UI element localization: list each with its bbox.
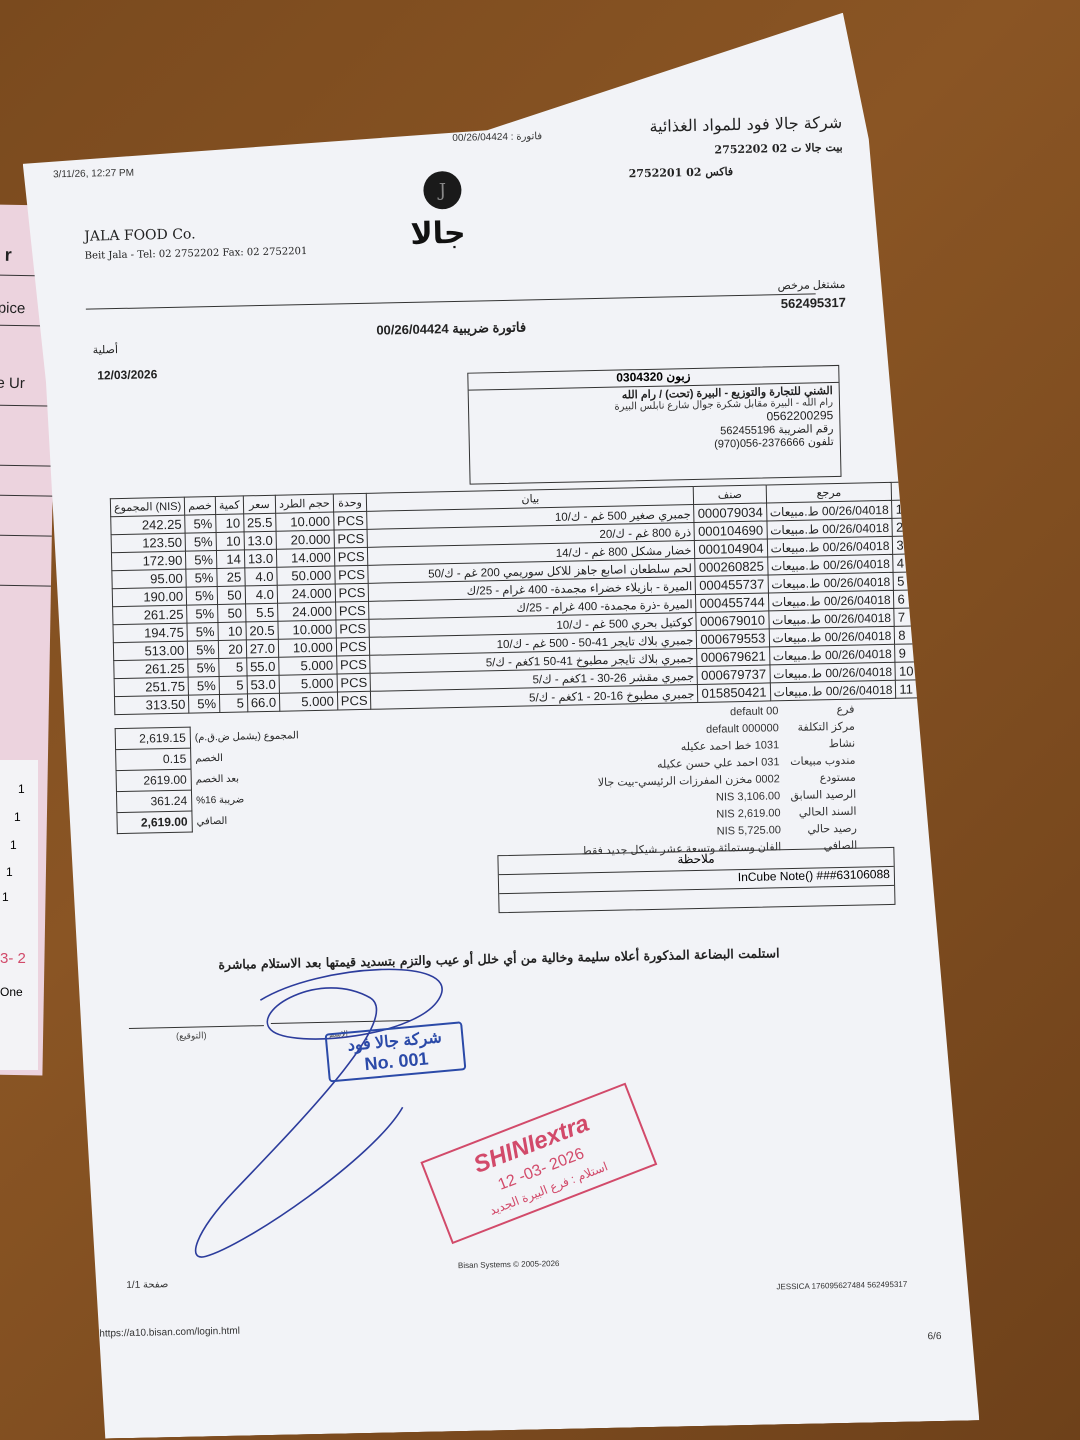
row-price: 20.5 — [246, 621, 279, 640]
row-item-code: 000260825 — [695, 557, 767, 577]
user-info: JESSICA 176095627484 562495317 — [776, 1280, 907, 1292]
invoice-paper: 3/11/26, 12:27 PM فاتورة : 00/26/04424 J… — [20, 11, 979, 1440]
row-item-code: 000455744 — [696, 593, 768, 613]
row-price: 4.0 — [245, 567, 278, 586]
company-contact-ar-1: بيت جالا ت 02 2752202 — [714, 141, 842, 157]
bg-count: 1 — [2, 890, 9, 904]
row-qty: 50 — [217, 604, 245, 623]
row-price: 25.5 — [243, 513, 276, 532]
row-discount: 5% — [188, 676, 219, 695]
row-price: 55.0 — [246, 657, 279, 676]
info-value: 5,725.00 NIS — [717, 824, 781, 837]
row-total: 123.50 — [111, 533, 186, 553]
row-price: 5.5 — [245, 603, 278, 622]
info-label: فرع — [784, 703, 854, 717]
info-label: نشاط — [785, 737, 855, 751]
totals-table: 2,619.15المجموع (يشمل ض.ق.م)0.15الخصم261… — [115, 724, 306, 834]
row-number: 4 — [893, 554, 915, 572]
info-value: 3,106.00 NIS — [716, 790, 780, 803]
row-discount: 5% — [185, 533, 216, 552]
info-label: الرصيد السابق — [786, 788, 856, 802]
row-total: 251.75 — [114, 677, 189, 697]
row-unit: PCS — [335, 565, 369, 584]
bg-count: 1 — [6, 865, 13, 879]
row-discount: 5% — [185, 515, 216, 534]
row-pack: 10.000 — [278, 638, 336, 657]
row-pack: 24.000 — [278, 602, 336, 621]
totals-value: 2,619.00 — [117, 811, 192, 834]
row-total: 190.00 — [112, 587, 187, 607]
bg-count: 1 — [18, 782, 25, 796]
header-divider — [86, 293, 816, 309]
items-table-wrapper: المجموع (NIS) خصم كمية سعر حجم الطرد وحد… — [110, 481, 918, 715]
row-price: 27.0 — [246, 639, 279, 658]
logo: J — [423, 171, 462, 210]
info-value: 2,619.00 NIS — [716, 807, 780, 820]
row-unit: PCS — [336, 637, 370, 656]
row-qty: 5 — [219, 676, 247, 695]
printed-at: 3/11/26, 12:27 PM — [53, 168, 134, 181]
items-table: المجموع (NIS) خصم كمية سعر حجم الطرد وحد… — [110, 481, 918, 715]
row-unit: PCS — [336, 655, 370, 674]
row-pack: 5.000 — [279, 674, 337, 693]
row-unit: PCS — [335, 583, 369, 602]
totals-label: الصافي — [192, 809, 305, 832]
totals-value: 0.15 — [116, 748, 191, 771]
row-total: 261.25 — [114, 659, 189, 679]
phone-label: تلفون — [808, 436, 834, 449]
copyright: Bisan Systems © 2005-2026 — [458, 1259, 560, 1270]
note-box: ملاحظة InCube Note() ###63106088 — [497, 847, 895, 913]
licensed-number: 562495317 — [781, 295, 846, 311]
bg-count: 1 — [14, 810, 21, 824]
row-qty: 50 — [217, 586, 245, 605]
row-qty: 10 — [216, 514, 244, 533]
totals-value: 2619.00 — [116, 769, 191, 792]
bg-footer-fragment: One — [0, 985, 23, 999]
row-pack: 5.000 — [279, 692, 337, 711]
background-document-lower: 1 1 1 1 1 3- 2 One — [0, 760, 38, 1070]
info-label: مندوب مبيعات — [785, 754, 855, 768]
info-value: 1031 خط احمد عكيله — [681, 739, 780, 753]
row-number: 1 — [892, 500, 914, 518]
row-item-code: 000104904 — [695, 539, 767, 559]
row-total: 95.00 — [112, 569, 187, 589]
row-pack: 50.000 — [277, 566, 335, 585]
page-count: 6/6 — [927, 1331, 941, 1342]
totals-value: 361.24 — [116, 790, 191, 813]
row-unit: PCS — [333, 511, 367, 530]
col-pack: حجم الطرد — [275, 494, 333, 513]
row-item-code: 000679737 — [697, 665, 769, 685]
row-unit: PCS — [337, 673, 371, 692]
row-qty: 10 — [216, 532, 244, 551]
bg-count: 1 — [10, 838, 17, 852]
licensed-label: مشتغل مرخص — [777, 278, 845, 292]
info-label: رصيد حالي — [787, 822, 857, 836]
invoice-title: فاتورة ضريبية 00/26/04424 — [376, 319, 526, 338]
row-unit: PCS — [335, 601, 369, 620]
row-qty: 5 — [219, 658, 247, 677]
row-item-code: 000104690 — [694, 521, 766, 541]
info-label: السند الحالي — [786, 805, 856, 819]
invoice-ref-top: فاتورة : 00/26/04424 — [452, 131, 542, 144]
bg-doc-text: pice — [0, 300, 25, 317]
row-unit: PCS — [334, 529, 368, 548]
handwritten-signature — [170, 956, 477, 1282]
totals-value: 2,619.15 — [115, 727, 190, 750]
company-name-en: JALA FOOD Co. — [84, 226, 196, 244]
row-qty: 10 — [218, 622, 246, 641]
row-unit: PCS — [336, 619, 370, 638]
totals-block: 2,619.15المجموع (يشمل ض.ق.م)0.15الخصم261… — [115, 724, 306, 834]
row-total: 313.50 — [114, 695, 189, 715]
row-item-code: 000679553 — [697, 629, 769, 649]
col-price: سعر — [243, 495, 276, 514]
row-item-code: 000079034 — [694, 503, 766, 523]
row-discount: 5% — [187, 622, 218, 641]
totals-label: الخصم — [191, 746, 304, 769]
row-price: 4.0 — [245, 585, 278, 604]
row-pack: 20.000 — [276, 530, 334, 549]
row-number: 3 — [893, 536, 915, 554]
row-number: 2 — [892, 518, 914, 536]
row-qty: 14 — [216, 550, 244, 569]
info-value: default 000000 — [706, 722, 779, 736]
col-discount: خصم — [185, 497, 216, 516]
row-pack: 10.000 — [278, 620, 336, 639]
row-total: 194.75 — [113, 623, 188, 643]
col-item: صنف — [694, 485, 766, 505]
row-item-code: 000679621 — [697, 647, 769, 667]
info-label: مستودع — [786, 771, 856, 785]
row-number: 11 — [896, 680, 918, 698]
row-qty: 25 — [217, 568, 245, 587]
row-pack: 10.000 — [276, 512, 334, 531]
info-value: default 00 — [730, 705, 779, 718]
row-total: 172.90 — [111, 551, 186, 571]
company-contact-en: Beit Jala - Tel: 02 2752202 Fax: 02 2752… — [85, 246, 308, 262]
row-pack: 24.000 — [277, 584, 335, 603]
row-discount: 5% — [187, 604, 218, 623]
logo-mark-icon: J — [423, 171, 462, 210]
row-unit: PCS — [337, 691, 371, 710]
row-discount: 5% — [188, 640, 219, 659]
totals-label: المجموع (يشمل ض.ق.م) — [190, 725, 303, 748]
row-number: 5 — [894, 572, 916, 590]
row-item-code: 000455737 — [696, 575, 768, 595]
row-discount: 5% — [188, 658, 219, 677]
page-url: https://a10.bisan.com/login.html — [99, 1326, 240, 1340]
totals-row: 2,619.00الصافي — [117, 809, 305, 834]
row-price: 53.0 — [247, 675, 280, 694]
row-number: 10 — [895, 662, 917, 680]
row-total: 513.00 — [113, 641, 188, 661]
col-qty: كمية — [215, 496, 243, 515]
row-item-code: 015850421 — [698, 683, 770, 703]
row-price: 66.0 — [247, 693, 280, 712]
row-number: 6 — [894, 590, 916, 608]
col-unit: وحدة — [333, 493, 367, 512]
row-number: 7 — [894, 608, 916, 626]
row-reference: 00/26/04018 ط.مبيعات — [770, 680, 896, 701]
row-qty: 20 — [218, 640, 246, 659]
items-table-body: 242.255%1025.510.000PCSجمبري صغير 500 غم… — [111, 500, 918, 715]
invoice-date: 12/03/2026 — [97, 367, 157, 382]
row-discount: 5% — [186, 568, 217, 587]
bg-doc-text: r — [5, 245, 12, 266]
company-contact-ar-2: فاكس 02 2752201 — [629, 165, 734, 180]
row-discount: 5% — [189, 694, 220, 713]
info-label: مركز التكلفة — [785, 720, 855, 734]
bg-doc-text: e Ur — [0, 375, 25, 392]
row-pack: 14.000 — [276, 548, 334, 567]
row-discount: 5% — [186, 586, 217, 605]
row-number: 8 — [895, 626, 917, 644]
row-discount: 5% — [186, 551, 217, 570]
copy-type: أصلية — [93, 343, 119, 357]
bg-stamp-fragment: 3- 2 — [0, 950, 26, 967]
customer-box: زبون 0304320 الشني للتجارة والتوزيع - ال… — [467, 365, 841, 485]
info-block: فرعdefault 00مركز التكلفةdefault 000000ن… — [534, 703, 857, 863]
row-pack: 5.000 — [279, 656, 337, 675]
company-name-ar: شركة جالا فود للمواد الغذائية — [649, 113, 842, 136]
row-qty: 5 — [219, 694, 247, 713]
row-price: 13.0 — [244, 531, 277, 550]
info-value: 031 احمد علي حسن عكيله — [657, 756, 780, 771]
col-total: المجموع (NIS) — [110, 497, 185, 517]
totals-label: بعد الخصم — [191, 767, 304, 790]
page-indicator: صفحة 1/1 — [126, 1279, 168, 1291]
customer-phone: (970)056-2376666 — [714, 437, 805, 451]
row-price: 13.0 — [244, 549, 277, 568]
row-number: 9 — [895, 644, 917, 662]
info-value: 0002 مخزن المفرزات الرئيسي-بيت جالا — [598, 773, 780, 789]
row-total: 242.25 — [111, 515, 186, 535]
row-item-code: 000679010 — [696, 611, 768, 631]
row-total: 261.25 — [113, 605, 188, 625]
row-unit: PCS — [334, 547, 368, 566]
col-num: # — [892, 482, 914, 500]
logo-text: جالا — [410, 216, 466, 252]
totals-label: ضريبة 16% — [191, 788, 304, 811]
